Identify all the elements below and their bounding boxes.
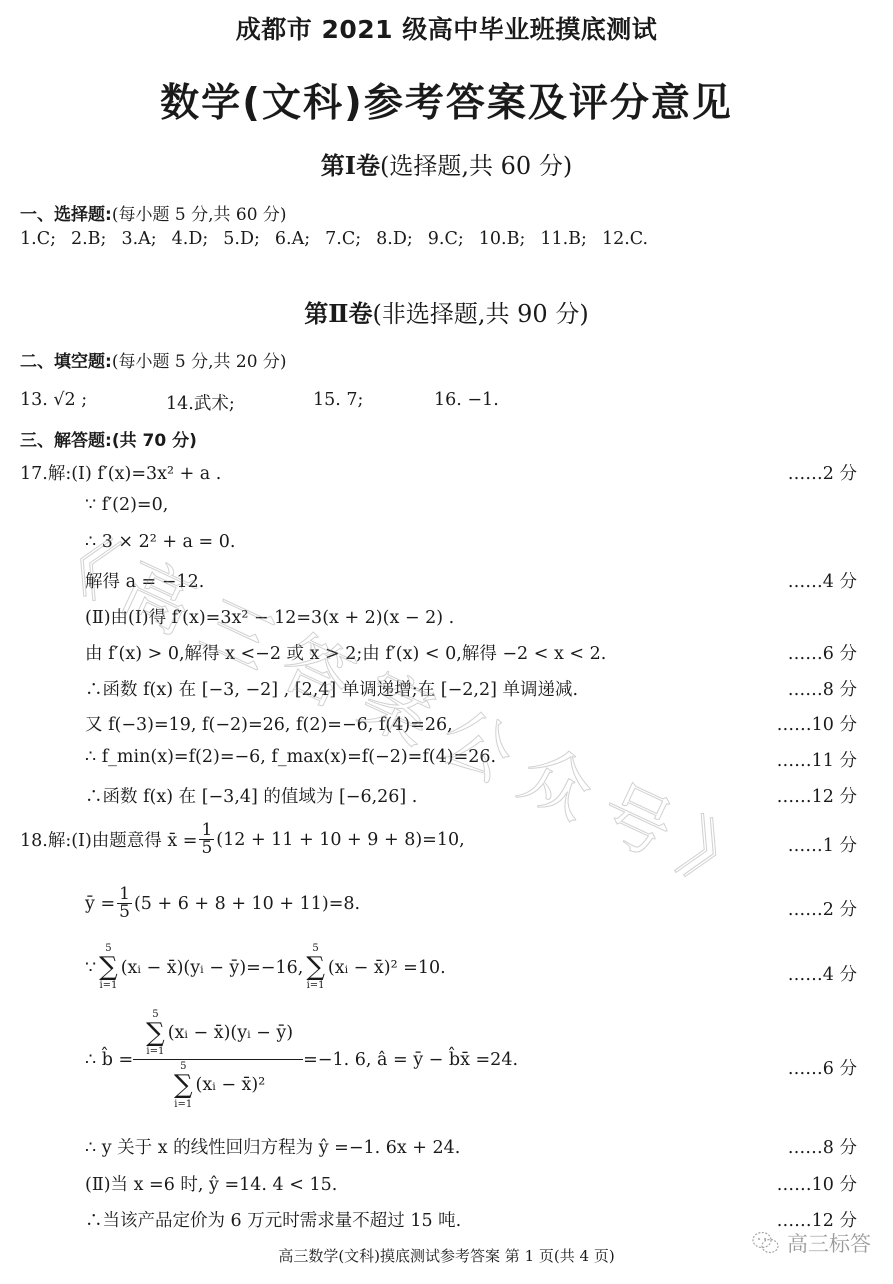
choice-answers: 1.C; 2.B; 3.A; 4.D; 5.D; 6.A; 7.C; 8.D; … (20, 229, 663, 249)
volume-2-title: 第Ⅱ卷 (304, 299, 372, 328)
section-2-label: 二、填空题: (20, 352, 112, 372)
volume-1-heading: 第Ⅰ卷(选择题,共 60 分) (0, 146, 893, 181)
q17-score-6: ……6 分 (788, 640, 857, 665)
answer-item: 6.A; (275, 229, 310, 249)
q18-score-5: ……8 分 (788, 1134, 857, 1159)
q18-line-6: (Ⅱ)当 x =6 时, ŷ =14. 4 < 15. (85, 1171, 337, 1196)
volume-1-subtitle: (选择题,共 60 分) (380, 152, 572, 180)
volume-2-subtitle: (非选择题,共 90 分) (373, 300, 589, 328)
section-1-note: (每小题 5 分,共 60 分) (112, 205, 287, 225)
because-symbol: ∵ (85, 958, 96, 978)
document-title: 数学(文科)参考答案及评分意见 (0, 72, 893, 128)
answer-item: 8.D; (376, 229, 413, 249)
q18-score-2: ……2 分 (788, 896, 857, 921)
summation: 5∑i=1 (99, 944, 118, 991)
wechat-badge: 高三标答 (751, 1228, 871, 1258)
answer-item: 2.B; (71, 229, 106, 249)
q17-line-9: ∴ f_min(x)=f(2)=−6, f_max(x)=f(−2)=f(4)=… (85, 747, 496, 767)
wechat-badge-label: 高三标答 (787, 1228, 871, 1258)
section-1-heading: 一、选择题:(每小题 5 分,共 60 分) (20, 200, 287, 225)
answer-item: 12.C. (602, 229, 648, 249)
fill-answer-13: 13. √2 ; (20, 390, 87, 410)
exam-title: 成都市 2021 级高中毕业班摸底测试 (0, 10, 893, 46)
q18-line-4-suffix: =−1. 6, â = ȳ − b̂x̄ =24. (303, 1050, 518, 1070)
answer-item: 11.B; (540, 229, 587, 249)
q17-score-10: ……12 分 (777, 783, 857, 808)
summation: 5∑i=1 (146, 1010, 165, 1057)
numerator-term: (xᵢ − x̄)(yᵢ − ȳ) (168, 1023, 293, 1043)
q18-score-3: ……4 分 (788, 961, 857, 986)
wechat-icon (751, 1230, 781, 1256)
answer-item: 10.B; (479, 229, 526, 249)
section-3-heading: 三、解答题:(共 70 分) (20, 426, 197, 451)
answer-item: 4.D; (172, 229, 209, 249)
summation: 5∑i=1 (306, 944, 325, 991)
sigma-icon: ∑ (146, 1020, 165, 1047)
q18-line-1-prefix: 18.解:(Ⅰ)由题意得 x̄ = (20, 827, 197, 852)
q18-line-7: ∴当该产品定价为 6 万元时需求量不超过 15 吨. (85, 1207, 461, 1232)
q18-score-1: ……1 分 (788, 832, 857, 857)
sum-lower: i=1 (174, 1100, 193, 1110)
fraction-denominator: 5 (199, 839, 214, 857)
fraction: 15 (199, 822, 214, 857)
sigma-icon: ∑ (99, 954, 118, 981)
q18-line-4-prefix: ∴ b̂ = (85, 1050, 133, 1070)
summation: 5∑i=1 (174, 1062, 193, 1109)
volume-1-title: 第Ⅰ卷 (321, 151, 380, 180)
q17-score-4: ……4 分 (788, 568, 857, 593)
q18-line-5: ∴ y 关于 x 的线性回归方程为 ŷ =−1. 6x + 24. (85, 1134, 460, 1159)
q17-score-7: ……8 分 (788, 676, 857, 701)
answer-item: 1.C; (20, 229, 56, 249)
q18-line-4: ∴ b̂ = 5∑i=1(xᵢ − x̄)(yᵢ − ȳ) 5∑i=1(xᵢ −… (85, 1010, 518, 1110)
q17-line-1: 17.解:(Ⅰ) f′(x)=3x² + a . (20, 460, 221, 485)
answer-item: 7.C; (325, 229, 361, 249)
fraction-numerator: 1 (117, 886, 132, 903)
watermark: 《高三答案公众号》 (27, 495, 787, 921)
section-3-label: 三、解答题: (20, 431, 112, 451)
section-2-heading: 二、填空题:(每小题 5 分,共 20 分) (20, 347, 287, 372)
sum-lower: i=1 (146, 1047, 165, 1057)
q18-line-2-suffix: (5 + 6 + 8 + 10 + 11)=8. (134, 894, 360, 914)
fill-answer-16: 16. −1. (434, 390, 499, 410)
denominator-term: (xᵢ − x̄)² (196, 1075, 266, 1095)
q18-line-2-prefix: ȳ = (85, 894, 115, 914)
answer-item: 5.D; (223, 229, 260, 249)
sigma-icon: ∑ (174, 1072, 193, 1099)
q17-line-7: ∴函数 f(x) 在 [−3, −2] , [2,4] 单调递增;在 [−2,2… (85, 676, 578, 701)
q17-score-8: ……10 分 (777, 711, 857, 736)
slope-denominator: 5∑i=1(xᵢ − x̄)² (133, 1060, 303, 1109)
answer-item: 3.A; (121, 229, 156, 249)
fraction: 15 (117, 886, 132, 921)
fill-answer-14: 14.武术; (166, 390, 235, 415)
fill-answer-15: 15. 7; (313, 390, 363, 410)
section-2-note: (每小题 5 分,共 20 分) (112, 352, 287, 372)
q17-line-6: 由 f′(x) > 0,解得 x <−2 或 x > 2;由 f′(x) < 0… (85, 640, 606, 665)
section-3-note: (共 70 分) (112, 431, 197, 451)
q18-line-3-term-2: (xᵢ − x̄)² =10. (328, 958, 446, 978)
fraction-numerator: 1 (199, 822, 214, 839)
q18-line-1: 18.解:(Ⅰ)由题意得 x̄ = 15 (12 + 11 + 10 + 9 +… (20, 822, 465, 857)
volume-2-heading: 第Ⅱ卷(非选择题,共 90 分) (0, 294, 893, 329)
slope-numerator: 5∑i=1(xᵢ − x̄)(yᵢ − ȳ) (133, 1010, 303, 1060)
sum-lower: i=1 (306, 981, 325, 991)
q17-line-2: ∵ f′(2)=0, (85, 495, 168, 515)
fraction-denominator: 5 (117, 903, 132, 921)
sigma-icon: ∑ (306, 954, 325, 981)
q17-line-10: ∴函数 f(x) 在 [−3,4] 的值域为 [−6,26] . (85, 783, 417, 808)
q17-score-1: ……2 分 (788, 460, 857, 485)
q18-score-4: ……6 分 (788, 1055, 857, 1080)
q17-line-3: ∴ 3 × 2² + a = 0. (85, 532, 235, 552)
sum-lower: i=1 (99, 981, 118, 991)
answer-item: 9.C; (428, 229, 464, 249)
regression-slope-fraction: 5∑i=1(xᵢ − x̄)(yᵢ − ȳ) 5∑i=1(xᵢ − x̄)² (133, 1010, 303, 1110)
q17-line-8: 又 f(−3)=19, f(−2)=26, f(2)=−6, f(4)=26, (85, 711, 453, 736)
q17-score-9: ……11 分 (777, 747, 857, 772)
q18-score-6: ……10 分 (777, 1171, 857, 1196)
section-1-label: 一、选择题: (20, 205, 112, 225)
q18-line-3-term-1: (xᵢ − x̄)(yᵢ − ȳ)=−16, (121, 958, 304, 978)
q18-line-1-suffix: (12 + 11 + 10 + 9 + 8)=10, (216, 830, 464, 850)
q18-line-3: ∵ 5∑i=1 (xᵢ − x̄)(yᵢ − ȳ)=−16, 5∑i=1 (xᵢ… (85, 944, 446, 991)
q17-line-5: (Ⅱ)由(Ⅰ)得 f′(x)=3x² − 12=3(x + 2)(x − 2) … (85, 604, 454, 629)
q17-line-4: 解得 a = −12. (85, 568, 204, 593)
q18-line-2: ȳ = 15 (5 + 6 + 8 + 10 + 11)=8. (85, 886, 360, 921)
